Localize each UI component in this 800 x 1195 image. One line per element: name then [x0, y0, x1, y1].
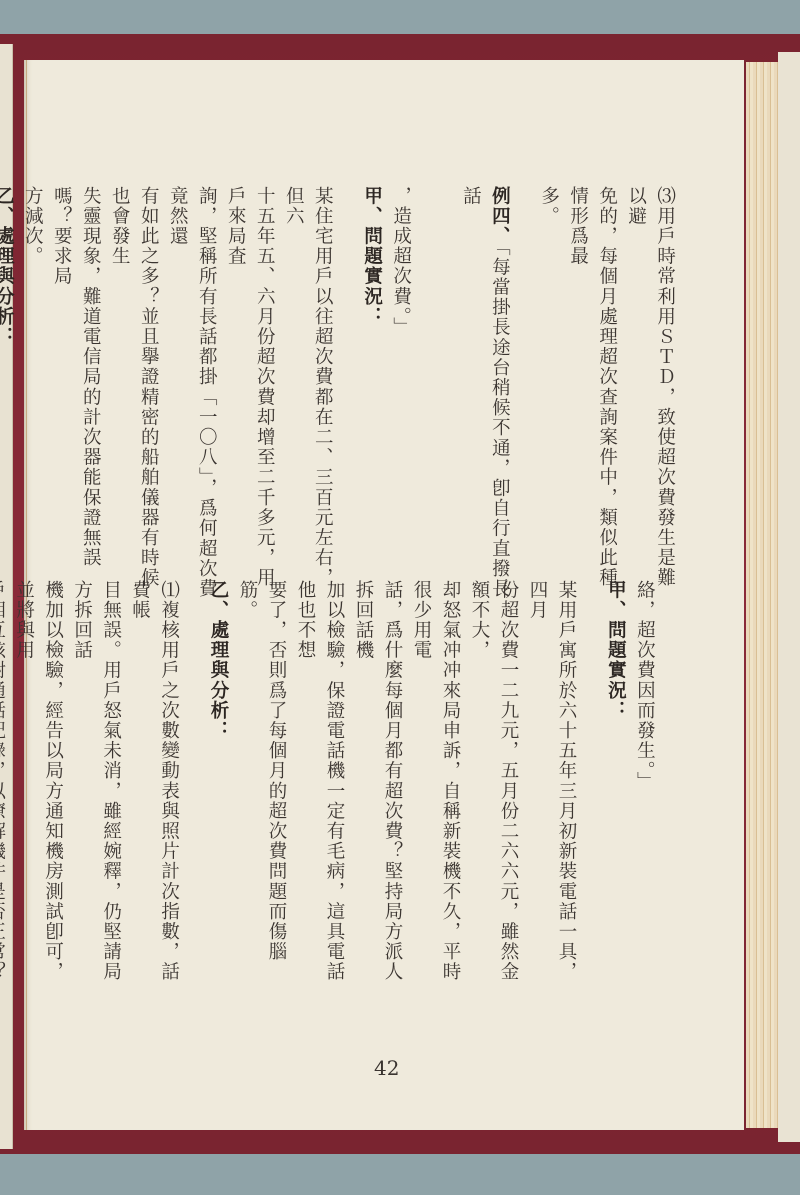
text-column: ⑴複核用戶之次數變動表與照片計次指數，話費帳 [126, 580, 184, 990]
text-column: 份超次費一二九元，五月份二六六元，雖然金額不大， [465, 580, 523, 990]
page-number: 42 [374, 1056, 399, 1080]
text-column: 機加以檢驗，經告以局方通知機房測試卽可，並將與用 [10, 580, 68, 990]
text-column: 絡，超次費因而發生。」 [630, 580, 659, 990]
text-column: 甲、問題實況： [601, 580, 630, 990]
text-column: 免的，每個月處理超次查詢案件中，類似此種情形爲最 [564, 186, 622, 606]
example-heading: 例四、 [489, 186, 510, 246]
text-column: 乙、處理與分析： [0, 186, 18, 606]
text-column: 目無誤。用戶怒氣未消，雖經婉釋，仍堅請局方拆回話 [68, 580, 126, 990]
text-column: 有如此之多？並且擧證精密的船舶儀器有時候也會發生 [105, 186, 163, 606]
text-column: 乙、處理與分析： [204, 580, 233, 990]
text-column: 甲、問題實況： [358, 186, 387, 606]
page-block-edges [746, 62, 778, 1128]
text-column: 詢，堅稱所有長話都掛「一〇八」，爲何超次費竟然還 [163, 186, 221, 606]
text-column: 戶相互核對通話紀錄，以瞭解機件是否正常？用戶同意 [0, 580, 10, 990]
lower-text-section: 絡，超次費因而發生。」甲、問題實況：某用戶寓所於六十五年三月初新裝電話一具，四月… [100, 580, 700, 990]
text-column: 要了，否則爲了每個月的超次費問題而傷腦筋。 [233, 580, 291, 990]
upper-text-section: ⑶用戶時常利用ＳＴＤ，致使超次費發生是難以避免的，每個月處理超次查詢案件中，類似… [100, 186, 700, 606]
text-column: 方減次。 [18, 186, 47, 606]
text-column: 却怒氣冲冲來局申訴，自稱新裝機不久，平時很少用電 [407, 580, 465, 990]
text-column: 十五年五、六月份超次費却增至二千多元，用戶來局査 [221, 186, 279, 606]
right-cover-board [778, 52, 800, 1142]
text-column: 多。 [535, 186, 564, 606]
text-column: 加以檢驗，保證電話機一定有毛病，這具電話他也不想 [291, 580, 349, 990]
text-column: ，造成超次費。」 [387, 186, 416, 606]
text-column: 某住宅用戶以往超次費都在二、三百元左右，但六 [279, 186, 337, 606]
text-column: 失靈現象，難道電信局的計次器能保證無誤嗎？要求局 [47, 186, 105, 606]
text-column: 某用戶寓所於六十五年三月初新裝電話一具，四月 [523, 580, 581, 990]
text-column: 話，爲什麼每個月都有超次費？堅持局方派人拆回話機 [349, 580, 407, 990]
text-column: 例四、「每當掛長途台稍候不通，卽自行直撥長話 [456, 186, 514, 606]
text-column: ⑶用戶時常利用ＳＴＤ，致使超次費發生是難以避 [622, 186, 680, 606]
